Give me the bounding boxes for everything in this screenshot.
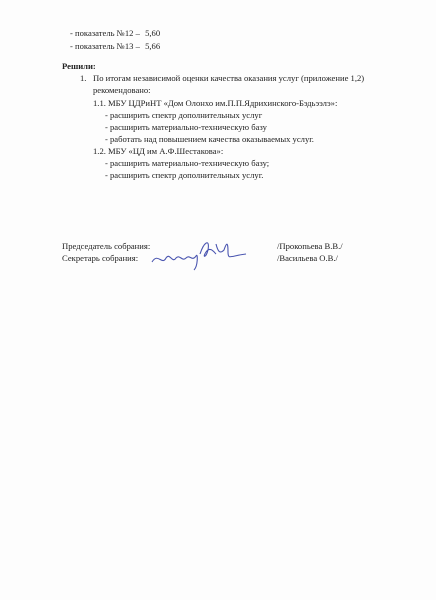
sub-2-title: 1.2. МБУ «ЦД им А.Ф.Шестакова»: (93, 146, 223, 156)
chair-name: /Прокопьева В.В./ (277, 241, 343, 251)
indicator-label: - показатель №12 – (70, 28, 140, 38)
sub-2-item: - расширить материально-техническую базу… (105, 158, 269, 168)
handwritten-signature-icon (148, 232, 248, 272)
indicator-value: 5,66 (145, 41, 160, 51)
indicator-12: - показатель №12 – 5,60 (70, 28, 160, 38)
secretary-name: /Васильева О.В./ (277, 253, 338, 263)
indicator-13: - показатель №13 – 5,66 (70, 41, 160, 51)
item-1-number: 1. (80, 73, 86, 83)
sub-1-item: - расширить материально-техническую базу (105, 122, 267, 132)
decided-heading: Решили: (62, 61, 96, 71)
chair-label: Председатель собрания: (62, 241, 150, 251)
item-1-text-cont: рекомендовано: (93, 85, 151, 95)
indicator-label: - показатель №13 – (70, 41, 140, 51)
secretary-label: Секретарь собрания: (62, 253, 138, 263)
sub-1-title: 1.1. МБУ ЦДРиНТ «Дом Олонхо им.П.П.Ядрих… (93, 98, 337, 108)
sub-1-item: - работать над повышением качества оказы… (105, 134, 314, 144)
sub-2-item: - расширить спектр дополнительных услуг. (105, 170, 263, 180)
sub-1-item: - расширить спектр дополнительных услуг (105, 110, 262, 120)
indicator-value: 5,60 (145, 28, 160, 38)
item-1-text: По итогам независимой оценки качества ок… (93, 73, 364, 83)
